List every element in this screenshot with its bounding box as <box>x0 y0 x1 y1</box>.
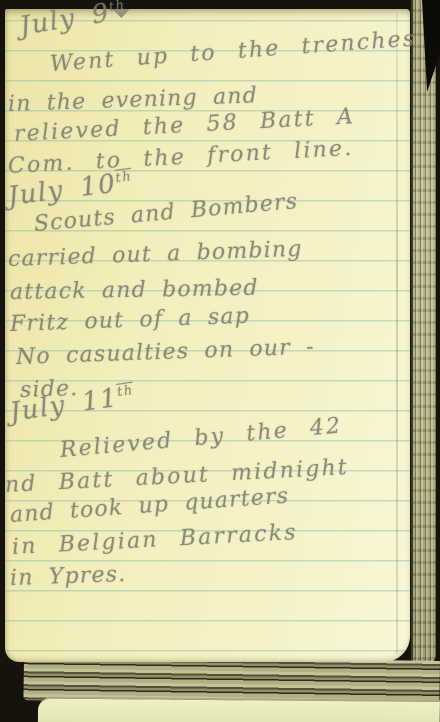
handwriting-line: attack and bombed <box>10 276 259 305</box>
handwriting-line: in Ypres. <box>10 562 127 591</box>
page-edges-right <box>411 0 436 666</box>
entry-date-suffix: th <box>115 169 133 186</box>
page-crease <box>396 13 398 654</box>
under-page-edge <box>38 696 440 722</box>
entry-date-suffix: th <box>116 383 135 400</box>
entry-date-suffix: th <box>108 0 127 15</box>
notebook-photo: July 9th Went up to the trenches in the … <box>0 0 440 722</box>
